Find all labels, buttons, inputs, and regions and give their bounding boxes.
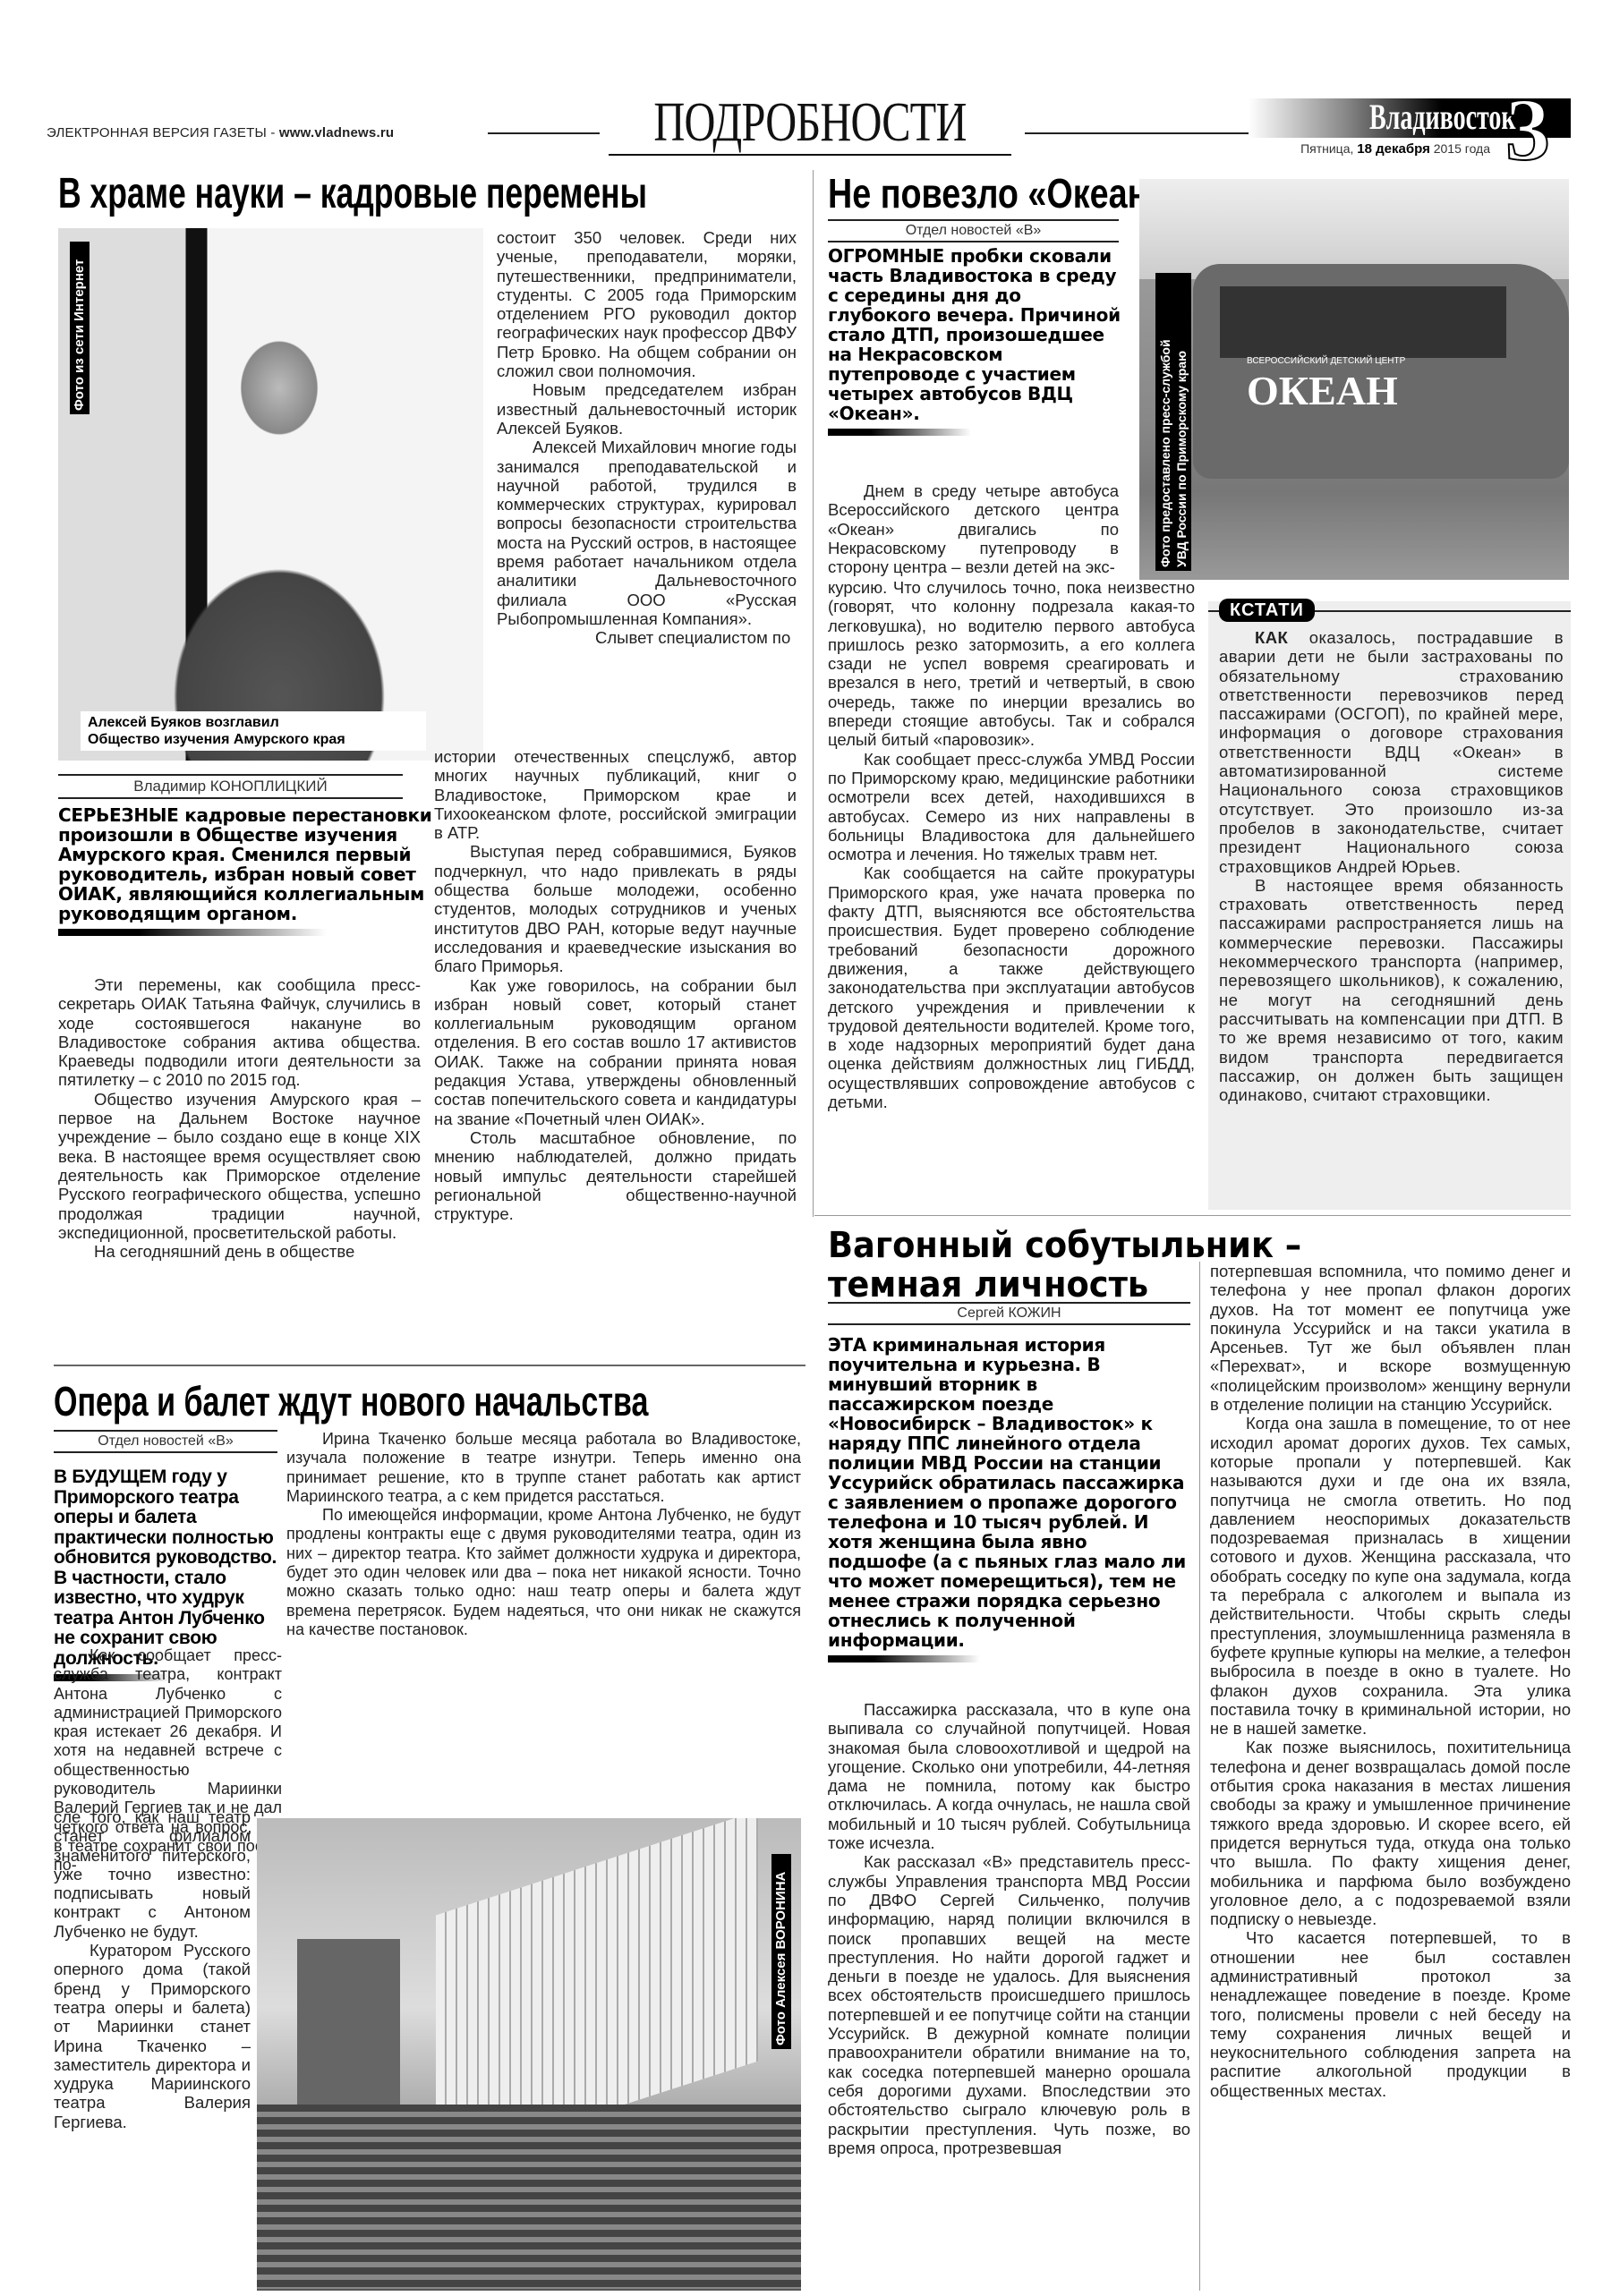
bus-sublabel: ВСЕРОССИЙСКИЙ ДЕТСКИЙ ЦЕНТР: [1247, 356, 1405, 366]
sidebar-text: КАК оказалось, пострадавшие в аварии дет…: [1219, 628, 1564, 1104]
article1-photo-caption: Алексей Буяков возглавил Общество изучен…: [81, 711, 426, 751]
sidebar-tag: КСТАТИ: [1219, 599, 1315, 622]
article3-lead: ОГРОМНЫЕ пробки сковали часть Владивосто…: [828, 246, 1128, 436]
section-divider: [814, 1215, 1571, 1216]
header-rule-left: [488, 132, 600, 134]
paragraph: Как уже говорилось, на собрании был избр…: [434, 976, 797, 1128]
paragraph: Слывет специалистом по: [497, 628, 797, 647]
paragraph: В настоящее время обязанность страховать…: [1219, 876, 1564, 1105]
paragraph: истории отечественных спецслужб, автор м…: [434, 747, 797, 842]
article1-photo-credit: Фото из сети Интернет: [70, 242, 89, 414]
sidebar-kstati: КСТАТИ КАК оказалось, пострадавшие в ава…: [1208, 601, 1571, 1210]
article2-col1-narrow: сле того, как наш театр станет филиалом …: [54, 1807, 251, 2131]
paragraph: Эти перемены, как сообщила пресс-секрета…: [58, 975, 421, 1090]
article2-col2: Ирина Ткаченко больше месяца работала во…: [286, 1430, 801, 1639]
site-link[interactable]: www.vladnews.ru: [279, 125, 394, 140]
article4-byline: Сергей КОЖИН: [828, 1302, 1190, 1325]
brand-logo: Владивосток: [1369, 95, 1495, 140]
paragraph: Как сообщает пресс-служба УМВД России по…: [828, 750, 1195, 864]
section-title: ПОДРОБНОСТИ: [643, 91, 977, 154]
paragraph: Пассажирка рассказала, что в купе она вы…: [828, 1700, 1190, 1852]
article3-photo: ВСЕРОССИЙСКИЙ ДЕТСКИЙ ЦЕНТР ОКЕАН Фото п…: [1139, 179, 1569, 580]
date-suffix: 2015 года: [1430, 141, 1490, 156]
caption-line: Общество изучения Амурского края: [88, 731, 419, 748]
paragraph: Днем в среду четыре автобуса Всероссийск…: [828, 481, 1119, 576]
article4-col2: потерпевшая вспомнила, что помимо денег …: [1210, 1262, 1571, 2100]
paragraph: потерпевшая вспомнила, что помимо денег …: [1210, 1262, 1571, 1414]
paragraph: Столь масштабное обновление, по мнению н…: [434, 1128, 797, 1223]
bus-windows: [1220, 286, 1506, 358]
article2-photo-credit: Фото Алексея ВОРОНИНА: [771, 1854, 791, 2049]
lead-text: ОГРОМНЫЕ пробки сковали часть Владивосто…: [828, 246, 1128, 423]
opera-building-stairs: [257, 2105, 801, 2289]
paragraph: Ирина Ткаченко больше месяца работала во…: [286, 1430, 801, 1506]
paragraph: Как сообщается на сайте прокуратуры Прим…: [828, 863, 1195, 1111]
paragraph: Куратором Русского оперного дома (такой …: [54, 1941, 251, 2131]
bus-label: ОКЕАН: [1247, 367, 1398, 414]
article2-byline: Отдел новостей «В»: [54, 1430, 277, 1453]
paragraph: Как рассказал «В» представитель пресс-сл…: [828, 1852, 1190, 2157]
paragraph: курсию. Что случилось точно, пока неизве…: [828, 578, 1195, 750]
article4-col1: Пассажирка рассказала, что в купе она вы…: [828, 1700, 1190, 2157]
lead-text: В БУДУЩЕМ году у Приморского театра опер…: [54, 1467, 277, 1669]
paragraph: Когда она зашла в помещение, то от нее и…: [1210, 1414, 1571, 1738]
article3-body: курсию. Что случилось точно, пока неизве…: [828, 578, 1195, 1111]
article1-col2-top: состоит 350 человек. Среди них ученые, п…: [497, 228, 797, 648]
paragraph: По имеющейся информации, кроме Антона Лу…: [286, 1506, 801, 1639]
article1-lead: СЕРЬЕЗНЫЕ кадровые перестановки произошл…: [58, 805, 434, 936]
paragraph: Что касается потерпевшей, то в отношении…: [1210, 1928, 1571, 2100]
edition-text: ЭЛЕКТРОННАЯ ВЕРСИЯ ГАЗЕТЫ -: [47, 125, 279, 140]
opera-building-tower: [297, 1939, 400, 2118]
paragraph: Выступая перед собравшимися, Буяков подч…: [434, 842, 797, 975]
date-bold: 18 декабря: [1357, 141, 1430, 157]
lead-underline: [58, 929, 327, 936]
paragraph: Алексей Михайлович многие годы занимался…: [497, 438, 797, 628]
edition-label: ЭЛЕКТРОННАЯ ВЕРСИЯ ГАЗЕТЫ - www.vladnews…: [47, 125, 394, 140]
column-divider: [813, 170, 814, 1217]
paragraph: оказалось, пострадавшие в аварии дети не…: [1219, 628, 1564, 876]
article1-col2-bottom: истории отечественных спецслужб, автор м…: [434, 747, 797, 1223]
caption-line: Алексей Буяков возглавил: [88, 714, 419, 731]
article1-photo: Фото из сети Интернет Алексей Буяков воз…: [58, 228, 483, 761]
paragraph: Общество изучения Амурского края – перво…: [58, 1090, 421, 1242]
article3-body-narrow: Днем в среду четыре автобуса Всероссийск…: [828, 481, 1119, 576]
lead-underline: [828, 429, 971, 436]
paragraph: сле того, как наш театр станет филиалом …: [54, 1807, 251, 1941]
paragraph: Новым председателем избран известный дал…: [497, 380, 797, 438]
paragraph: На сегодняшний день в обществе: [58, 1242, 421, 1261]
section-title-underline: [609, 154, 1011, 156]
page-number: 3: [1496, 81, 1559, 179]
issue-date: Пятница, 18 декабря 2015 года: [1253, 141, 1490, 157]
article1-headline: В храме науки – кадровые перемены: [58, 172, 647, 217]
article2-headline: Опера и балет ждут нового начальства: [54, 1380, 648, 1423]
article3-photo-credit: Фото предоставлено пресс-службой УВД Рос…: [1155, 273, 1191, 571]
column-divider: [1199, 1262, 1200, 2291]
lead-underline: [828, 1655, 980, 1662]
article1-col1: Эти перемены, как сообщила пресс-секрета…: [58, 975, 421, 1261]
article1-byline: Владимир КОНОПЛИЦКИЙ: [58, 774, 403, 799]
date-prefix: Пятница,: [1300, 141, 1357, 156]
article2-photo: Фото Алексея ВОРОНИНА: [257, 1818, 801, 2291]
header-rule-right: [1025, 132, 1253, 134]
article3-byline: Отдел новостей «В»: [828, 219, 1119, 242]
credit-line: УВД России по Приморскому краю: [1174, 351, 1189, 567]
credit-line: Фото предоставлено пресс-службой: [1158, 339, 1172, 567]
lead-text: СЕРЬЕЗНЫЕ кадровые перестановки произошл…: [58, 805, 434, 923]
paragraph: состоит 350 человек. Среди них ученые, п…: [497, 228, 797, 380]
headline-line: Вагонный собутыльник –: [828, 1226, 1301, 1265]
sidebar-lead-word: КАК: [1255, 628, 1288, 647]
article4-lead: ЭТА криминальная история поучительна и к…: [828, 1335, 1186, 1662]
section-divider: [54, 1365, 805, 1366]
paragraph: Как позже выяснилось, похитительница тел…: [1210, 1738, 1571, 1928]
lead-text: ЭТА криминальная история поучительна и к…: [828, 1335, 1186, 1650]
